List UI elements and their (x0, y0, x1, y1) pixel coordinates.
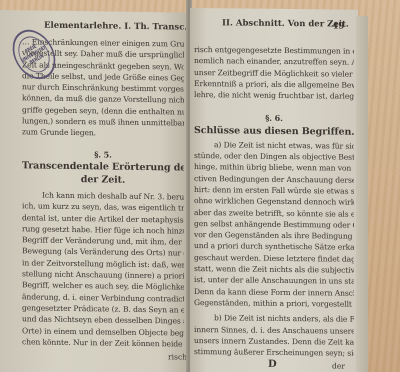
catchword: der (332, 361, 345, 370)
text-line: stimmung äußerer Erscheinungen seyn; sie… (194, 346, 354, 359)
section-title: Transcendentale Erörterung des Begriffs (22, 159, 184, 174)
right-page: II. Abschnitt. Von der Zeit. 49 risch en… (190, 8, 358, 372)
text-line: lehre, die nicht wenig fruchtbar ist, da… (194, 89, 354, 102)
right-running-head: II. Abschnitt. Von der Zeit. (222, 18, 349, 29)
page-edges (356, 16, 368, 372)
right-body: risch entgegengesetzte Bestimmungen in e… (194, 44, 354, 359)
signature-mark: D (268, 359, 277, 370)
left-body-top: … Einschränkungen einer einigen zum Grun… (22, 36, 184, 349)
left-page: Elementarlehre. I. Th. Transc. Aesthetik… (0, 10, 188, 372)
text-line: Gegenständen, mithin a priori, vorgestel… (194, 297, 354, 310)
section-title: Schlüsse aus diesen Begriffen. (194, 124, 354, 139)
text-line: chen könnte. Nur in der Zeit können beid… (22, 336, 184, 350)
page-number: 49 (332, 21, 345, 31)
catchword: risch (168, 352, 187, 361)
